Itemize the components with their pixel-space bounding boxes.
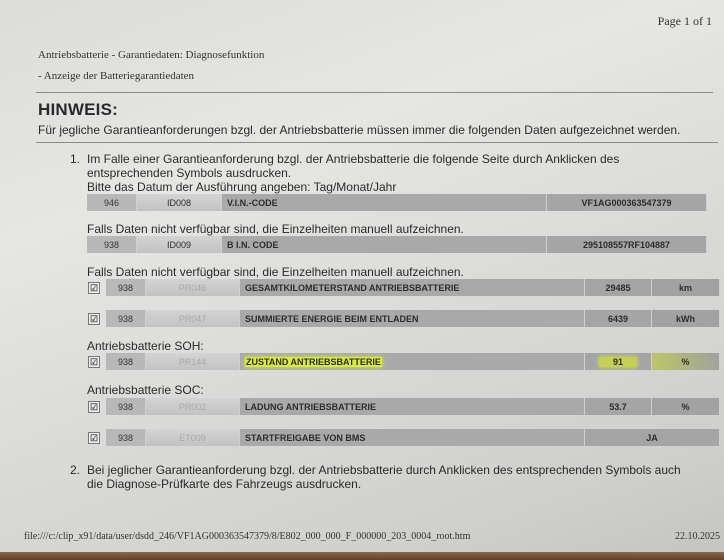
checkbox[interactable]: ☑ (88, 356, 100, 368)
step-number: 1. (70, 152, 80, 166)
data-row-soh: ☑ 938 PR144 ZUSTAND ANTRIEBSBATTERIE 91 … (87, 353, 720, 370)
table-surface (0, 552, 724, 560)
checkbox[interactable]: ☑ (88, 401, 100, 413)
row-label: STARTFREIGABE VON BMS (240, 429, 585, 446)
footer-date: 22.10.2025 (675, 531, 720, 542)
row-value-cell: 91 (585, 353, 652, 370)
row-unit: % (652, 398, 720, 415)
document-subtitle: - Anzeige der Batteriegarantiedaten (38, 70, 194, 82)
step-text: Im Falle einer Garantieanforderung bzgl.… (87, 152, 697, 180)
row-id: PR047 (146, 310, 240, 327)
row-id: PR002 (146, 398, 240, 415)
row-label: ZUSTAND ANTRIEBSBATTERIE (245, 357, 382, 367)
divider (36, 142, 718, 143)
row-value: VF1AG000363547379 (547, 194, 707, 211)
row-value: 53.7 (585, 398, 652, 415)
manual-note: Falls Daten nicht verfügbar sind, die Ei… (87, 222, 464, 236)
checkbox[interactable]: ☑ (88, 282, 100, 294)
row-id: ID008 (137, 194, 222, 211)
row-label: GESAMTKILOMETERSTAND ANTRIEBSBATTERIE (240, 279, 585, 296)
soh-label: Antriebsbatterie SOH: (87, 339, 204, 353)
row-id: PR046 (146, 279, 240, 296)
data-row-mileage: ☑ 938 PR046 GESAMTKILOMETERSTAND ANTRIEB… (87, 279, 720, 296)
manual-note: Falls Daten nicht verfügbar sind, die Ei… (87, 265, 464, 279)
row-code: 938 (106, 398, 146, 415)
row-code: 946 (87, 194, 137, 211)
row-unit: % (652, 353, 720, 370)
footer-file-path: file:///c:/clip_x91/data/user/dsdd_246/V… (24, 531, 470, 542)
row-label-cell: ZUSTAND ANTRIEBSBATTERIE (240, 353, 585, 370)
row-value: 91 (599, 357, 637, 367)
data-row-bin: 938 ID009 B I.N. CODE 295108557RF104887 (87, 236, 707, 253)
data-row-soc: ☑ 938 PR002 LADUNG ANTRIEBSBATTERIE 53.7… (87, 398, 720, 415)
row-unit: kWh (652, 310, 720, 327)
page-number: Page 1 of 1 (658, 14, 712, 29)
row-id: ET009 (146, 429, 240, 446)
step-text: Bei jeglicher Garantieanforderung bzgl. … (87, 463, 697, 491)
row-code: 938 (106, 310, 146, 327)
date-hint: Bitte das Datum der Ausführung angeben: … (87, 180, 396, 194)
notice-text: Für jegliche Garantieanforderungen bzgl.… (38, 123, 680, 137)
row-id: ID009 (137, 236, 222, 253)
row-value: 6439 (585, 310, 652, 327)
row-value: 29485 (585, 279, 652, 296)
row-label: B I.N. CODE (222, 236, 547, 253)
data-row-energy: ☑ 938 PR047 SUMMIERTE ENERGIE BEIM ENTLA… (87, 310, 720, 327)
divider (36, 92, 713, 93)
row-id: PR144 (146, 353, 240, 370)
row-label: SUMMIERTE ENERGIE BEIM ENTLADEN (240, 310, 585, 327)
step-number: 2. (70, 463, 80, 477)
row-code: 938 (106, 429, 146, 446)
data-row-bms: ☑ 938 ET009 STARTFREIGABE VON BMS JA (87, 429, 720, 446)
document-title: Antriebsbatterie - Garantiedaten: Diagno… (38, 49, 264, 61)
notice-heading: HINWEIS: (38, 100, 118, 120)
row-unit: km (652, 279, 720, 296)
row-label: LADUNG ANTRIEBSBATTERIE (240, 398, 585, 415)
row-value: JA (585, 429, 720, 446)
soc-label: Antriebsbatterie SOC: (87, 383, 204, 397)
checkbox[interactable]: ☑ (88, 432, 100, 444)
row-value: 295108557RF104887 (547, 236, 707, 253)
row-code: 938 (106, 279, 146, 296)
row-code: 938 (87, 236, 137, 253)
data-row-vin: 946 ID008 V.I.N.-CODE VF1AG000363547379 (87, 194, 707, 211)
row-code: 938 (106, 353, 146, 370)
row-label: V.I.N.-CODE (222, 194, 547, 211)
checkbox[interactable]: ☑ (88, 313, 100, 325)
